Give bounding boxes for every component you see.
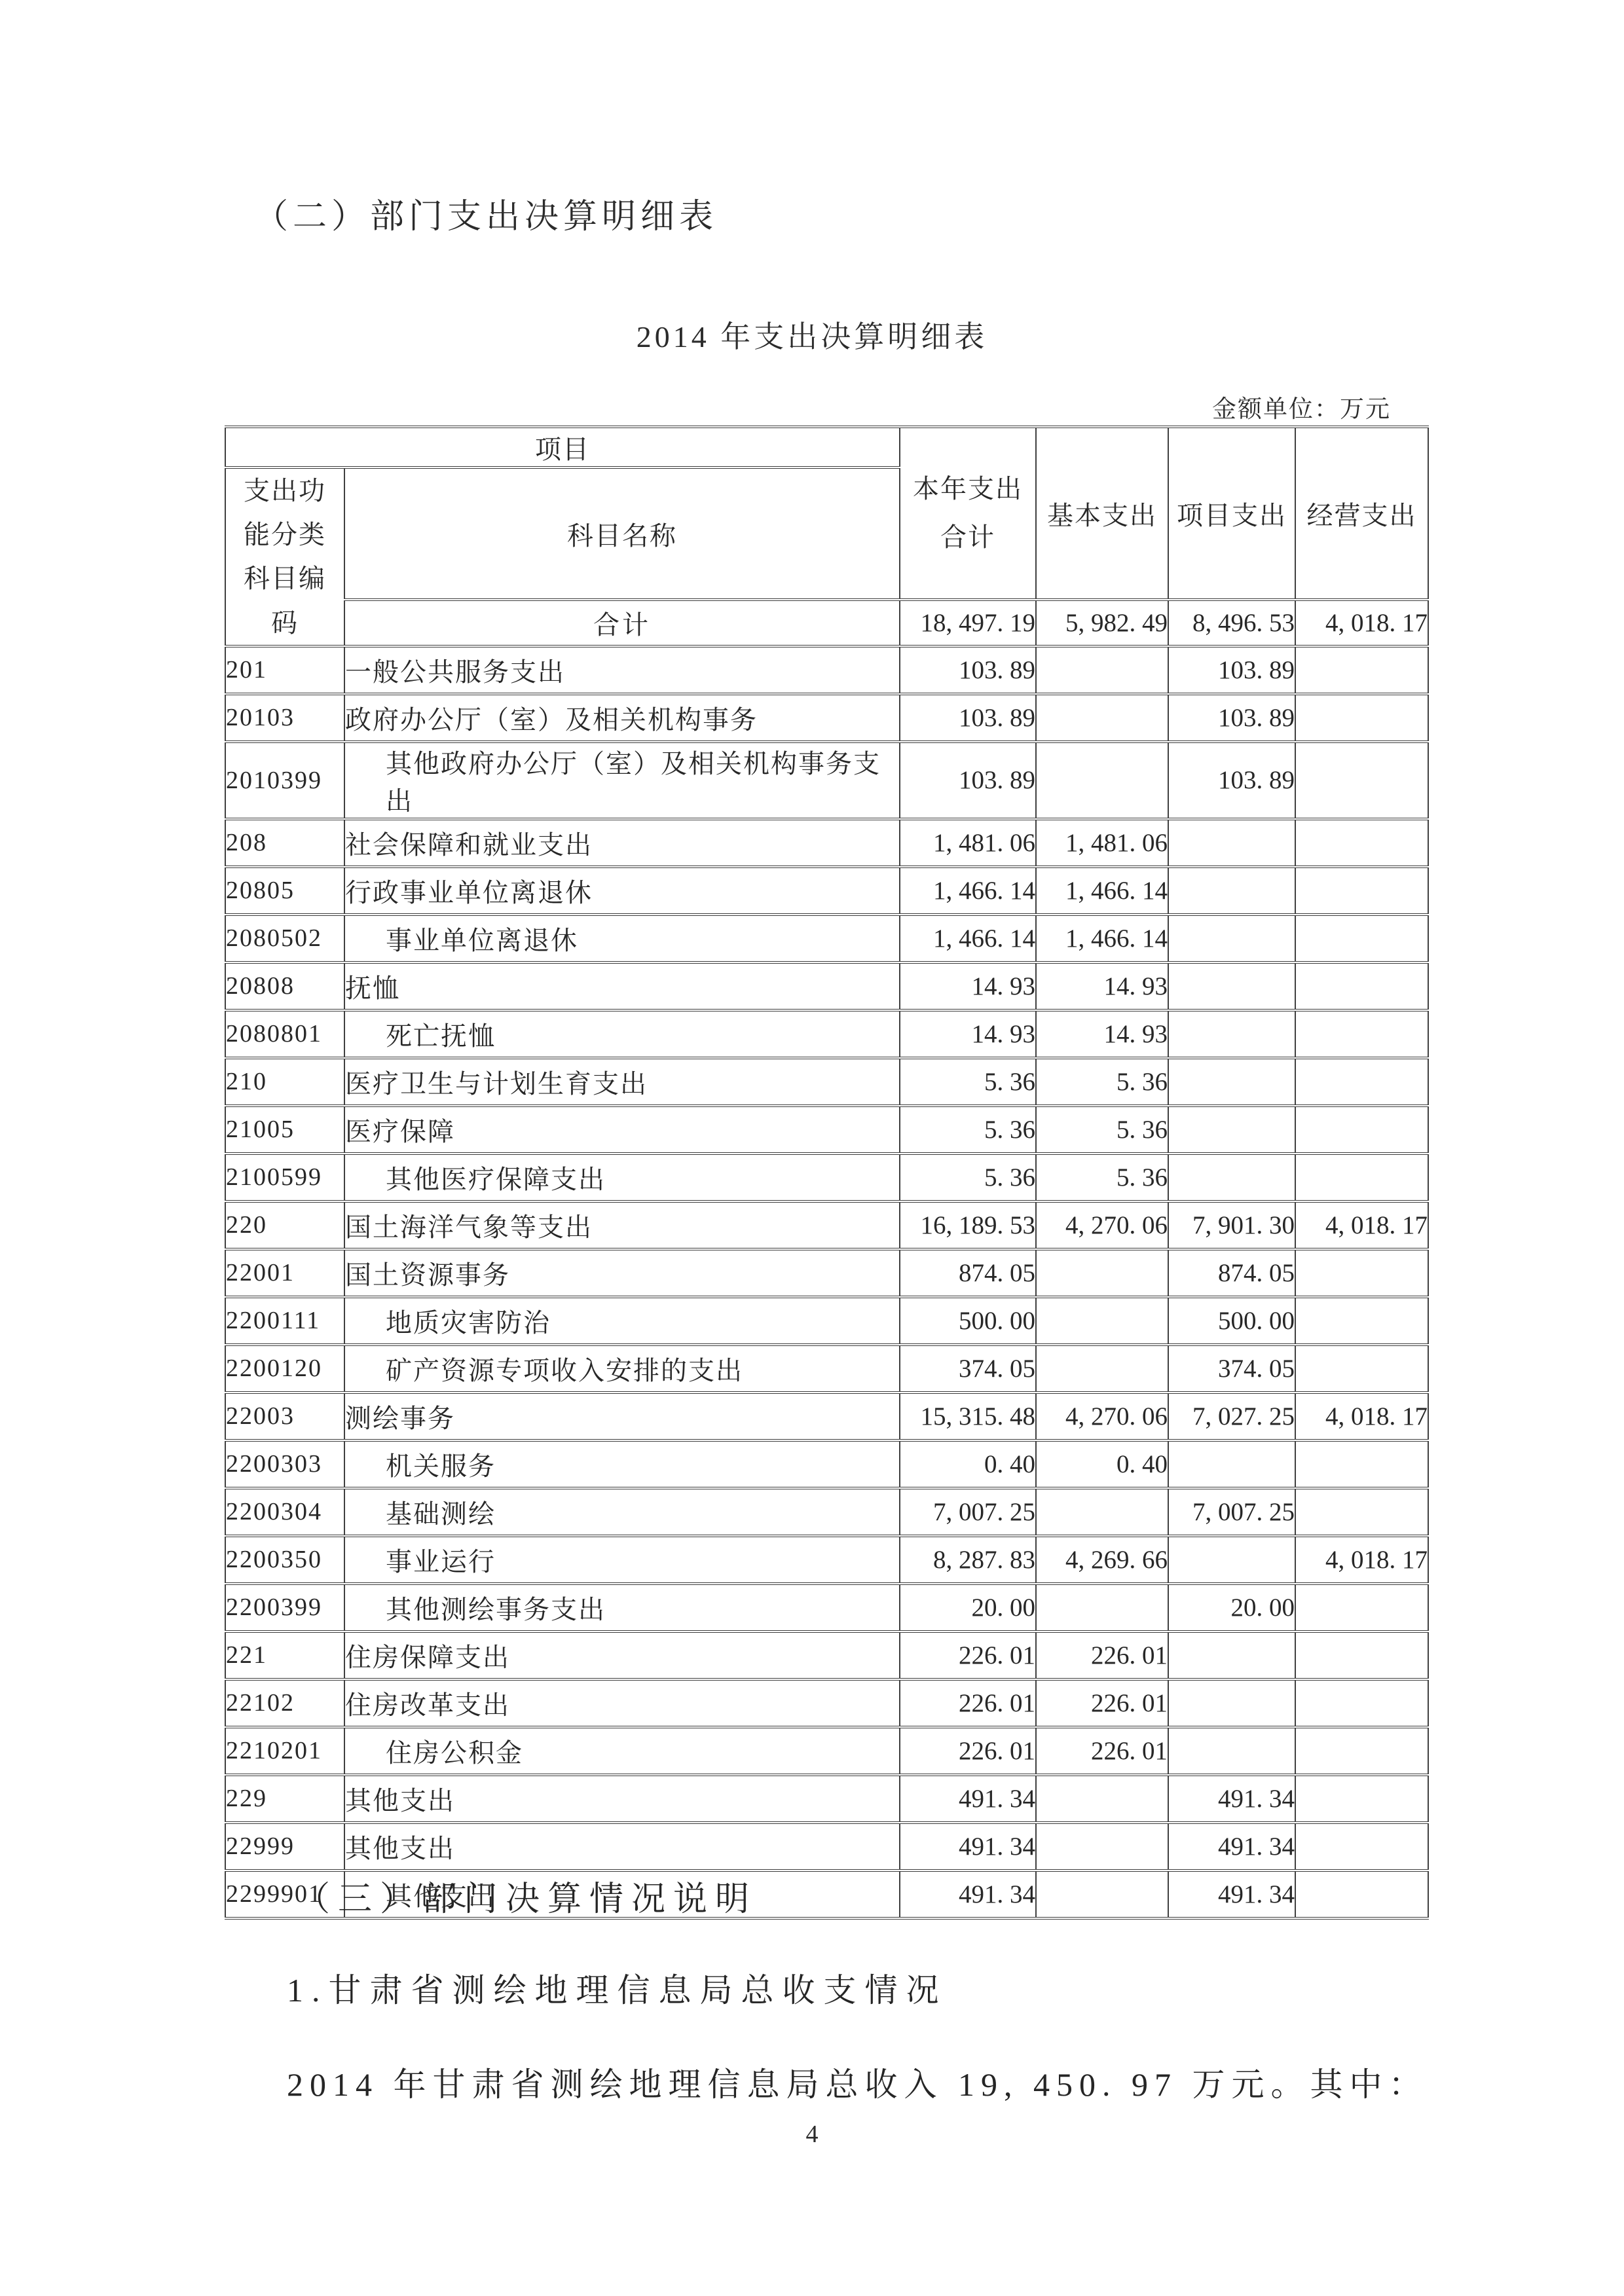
row-basic [1036, 694, 1168, 742]
row-code: 2200303 [225, 1440, 344, 1488]
row-subject-name: 住房改革支出 [344, 1679, 900, 1727]
table-row: 21005医疗保障5. 365. 36 [225, 1106, 1428, 1154]
row-basic [1036, 1249, 1168, 1297]
row-project [1168, 1440, 1295, 1488]
row-basic [1036, 1345, 1168, 1393]
row-year-total: 874. 05 [900, 1249, 1036, 1297]
row-year-total: 226. 01 [900, 1679, 1036, 1727]
section-3-heading: （三）部门决算情况说明 [296, 1871, 757, 1920]
header-row-project: 项目 本年支出 合计 基本支出 项目支出 经营支出 [225, 427, 1428, 467]
row-operating [1295, 1679, 1428, 1727]
row-operating [1295, 1249, 1428, 1297]
row-year-total: 1, 481. 06 [900, 819, 1036, 867]
row-operating [1295, 742, 1428, 819]
row-operating [1295, 1345, 1428, 1393]
row-basic: 14. 93 [1036, 962, 1168, 1010]
row-operating [1295, 1058, 1428, 1106]
row-code: 2200399 [225, 1584, 344, 1631]
row-operating [1295, 962, 1428, 1010]
row-subject-name: 其他支出 [344, 1775, 900, 1823]
row-basic [1036, 646, 1168, 694]
row-subject-name: 测绘事务 [344, 1393, 900, 1440]
table-header: 项目 本年支出 合计 基本支出 项目支出 经营支出 支出功 能分类 科目编 码 … [225, 427, 1428, 646]
row-code: 22003 [225, 1393, 344, 1440]
row-subject-name: 一般公共服务支出 [344, 646, 900, 694]
row-year-total: 1, 466. 14 [900, 915, 1036, 962]
row-project [1168, 819, 1295, 867]
table-row: 2100599其他医疗保障支出5. 365. 36 [225, 1154, 1428, 1201]
row-project: 491. 34 [1168, 1823, 1295, 1870]
row-year-total: 491. 34 [900, 1823, 1036, 1870]
table-row: 2200303机关服务0. 400. 40 [225, 1440, 1428, 1488]
row-subject-name: 住房公积金 [344, 1727, 900, 1775]
row-year-total: 491. 34 [900, 1775, 1036, 1823]
row-basic [1036, 742, 1168, 819]
row-year-total: 7, 007. 25 [900, 1488, 1036, 1536]
table-row: 20805行政事业单位离退休1, 466. 141, 466. 14 [225, 867, 1428, 915]
row-code: 2080801 [225, 1010, 344, 1058]
project-expense-header: 项目支出 [1168, 427, 1295, 600]
row-operating [1295, 1584, 1428, 1631]
table-title: 2014 年支出决算明细表 [0, 313, 1624, 356]
row-code: 2200350 [225, 1536, 344, 1584]
row-basic: 5. 36 [1036, 1154, 1168, 1201]
row-project [1168, 1106, 1295, 1154]
table-row: 2010399其他政府办公厅（室）及相关机构事务支出103. 89103. 89 [225, 742, 1428, 819]
row-code: 2200120 [225, 1345, 344, 1393]
row-year-total: 491. 34 [900, 1870, 1036, 1918]
row-basic: 4, 270. 06 [1036, 1393, 1168, 1440]
row-operating [1295, 1727, 1428, 1775]
row-basic [1036, 1297, 1168, 1345]
row-project [1168, 1536, 1295, 1584]
row-year-total: 1, 466. 14 [900, 867, 1036, 915]
row-operating [1295, 646, 1428, 694]
project-header: 项目 [225, 427, 900, 467]
row-code: 220 [225, 1201, 344, 1249]
row-operating [1295, 1870, 1428, 1918]
row-subject-name: 机关服务 [344, 1440, 900, 1488]
subject-name-header: 科目名称 [344, 467, 900, 600]
row-project: 103. 89 [1168, 742, 1295, 819]
row-year-total: 500. 00 [900, 1297, 1036, 1345]
table-row: 229其他支出491. 34491. 34 [225, 1775, 1428, 1823]
row-operating [1295, 1154, 1428, 1201]
row-code: 20805 [225, 867, 344, 915]
row-project: 7, 007. 25 [1168, 1488, 1295, 1536]
row-project [1168, 915, 1295, 962]
row-basic: 226. 01 [1036, 1631, 1168, 1679]
total-operating: 4, 018. 17 [1295, 600, 1428, 646]
row-code: 2010399 [225, 742, 344, 819]
row-year-total: 226. 01 [900, 1631, 1036, 1679]
row-year-total: 20. 00 [900, 1584, 1036, 1631]
row-year-total: 8, 287. 83 [900, 1536, 1036, 1584]
row-operating [1295, 1297, 1428, 1345]
row-operating [1295, 1440, 1428, 1488]
row-year-total: 15, 315. 48 [900, 1393, 1036, 1440]
row-year-total: 103. 89 [900, 742, 1036, 819]
row-basic: 1, 466. 14 [1036, 867, 1168, 915]
row-project [1168, 1058, 1295, 1106]
row-subject-name: 事业运行 [344, 1536, 900, 1584]
table-row: 22003测绘事务15, 315. 484, 270. 067, 027. 25… [225, 1393, 1428, 1440]
row-operating: 4, 018. 17 [1295, 1393, 1428, 1440]
row-subject-name: 地质灾害防治 [344, 1297, 900, 1345]
row-project [1168, 1679, 1295, 1727]
row-project [1168, 867, 1295, 915]
row-code: 21005 [225, 1106, 344, 1154]
row-operating [1295, 1823, 1428, 1870]
row-operating [1295, 915, 1428, 962]
row-subject-name: 社会保障和就业支出 [344, 819, 900, 867]
row-year-total: 226. 01 [900, 1727, 1036, 1775]
row-subject-name: 国土海洋气象等支出 [344, 1201, 900, 1249]
row-code: 201 [225, 646, 344, 694]
scanned-document-page: { "page": { "section2_heading": "（二）部门支出… [0, 0, 1624, 2296]
row-subject-name: 政府办公厅（室）及相关机构事务 [344, 694, 900, 742]
row-basic: 0. 40 [1036, 1440, 1168, 1488]
row-subject-name: 其他医疗保障支出 [344, 1154, 900, 1201]
row-project: 374. 05 [1168, 1345, 1295, 1393]
row-operating [1295, 867, 1428, 915]
row-basic [1036, 1870, 1168, 1918]
row-year-total: 5. 36 [900, 1154, 1036, 1201]
table-row: 2200111地质灾害防治500. 00500. 00 [225, 1297, 1428, 1345]
row-subject-name: 行政事业单位离退休 [344, 867, 900, 915]
row-basic: 4, 269. 66 [1036, 1536, 1168, 1584]
row-project: 491. 34 [1168, 1775, 1295, 1823]
row-project: 20. 00 [1168, 1584, 1295, 1631]
row-basic: 1, 481. 06 [1036, 819, 1168, 867]
total-project: 8, 496. 53 [1168, 600, 1295, 646]
table-row: 210医疗卫生与计划生育支出5. 365. 36 [225, 1058, 1428, 1106]
row-operating: 4, 018. 17 [1295, 1201, 1428, 1249]
row-project [1168, 1727, 1295, 1775]
row-basic: 226. 01 [1036, 1727, 1168, 1775]
year-total-header: 本年支出 合计 [900, 427, 1036, 600]
table-row: 208社会保障和就业支出1, 481. 061, 481. 06 [225, 819, 1428, 867]
row-subject-name: 死亡抚恤 [344, 1010, 900, 1058]
row-code: 208 [225, 819, 344, 867]
row-year-total: 0. 40 [900, 1440, 1036, 1488]
row-basic: 4, 270. 06 [1036, 1201, 1168, 1249]
paragraph-item-1: 1.甘肃省测绘地理信息局总收支情况 [287, 1964, 948, 2011]
section-2-heading: （二）部门支出决算明细表 [254, 189, 718, 238]
row-code: 20103 [225, 694, 344, 742]
row-basic: 5. 36 [1036, 1058, 1168, 1106]
row-subject-name: 矿产资源专项收入安排的支出 [344, 1345, 900, 1393]
table-row: 22102住房改革支出226. 01226. 01 [225, 1679, 1428, 1727]
row-operating [1295, 1106, 1428, 1154]
row-code: 221 [225, 1631, 344, 1679]
row-project: 874. 05 [1168, 1249, 1295, 1297]
paragraph-total-revenue: 2014 年甘肃省测绘地理信息局总收入 19, 450. 97 万元。其中： [287, 2058, 1428, 2105]
row-code: 2210201 [225, 1727, 344, 1775]
table-row: 22001国土资源事务874. 05874. 05 [225, 1249, 1428, 1297]
row-project [1168, 962, 1295, 1010]
table-row: 221住房保障支出226. 01226. 01 [225, 1631, 1428, 1679]
row-project [1168, 1010, 1295, 1058]
table-row: 2200120矿产资源专项收入安排的支出374. 05374. 05 [225, 1345, 1428, 1393]
row-year-total: 14. 93 [900, 1010, 1036, 1058]
row-operating [1295, 694, 1428, 742]
row-basic [1036, 1775, 1168, 1823]
table-row: 2200399其他测绘事务支出20. 0020. 00 [225, 1584, 1428, 1631]
row-code: 2080502 [225, 915, 344, 962]
row-project [1168, 1631, 1295, 1679]
row-project: 103. 89 [1168, 646, 1295, 694]
row-subject-name: 抚恤 [344, 962, 900, 1010]
row-code: 2100599 [225, 1154, 344, 1201]
row-subject-name: 其他测绘事务支出 [344, 1584, 900, 1631]
function-code-header: 支出功 能分类 科目编 码 [225, 467, 344, 646]
table-row: 2200304基础测绘7, 007. 257, 007. 25 [225, 1488, 1428, 1536]
row-subject-name: 基础测绘 [344, 1488, 900, 1536]
row-basic: 14. 93 [1036, 1010, 1168, 1058]
row-code: 22102 [225, 1679, 344, 1727]
row-basic: 5. 36 [1036, 1106, 1168, 1154]
total-year-total: 18, 497. 19 [900, 600, 1036, 646]
row-year-total: 5. 36 [900, 1106, 1036, 1154]
total-basic: 5, 982. 49 [1036, 600, 1168, 646]
table-body: 201一般公共服务支出103. 89103. 8920103政府办公厅（室）及相… [225, 646, 1428, 1918]
row-year-total: 103. 89 [900, 646, 1036, 694]
row-project [1168, 1154, 1295, 1201]
total-row: 合计 18, 497. 19 5, 982. 49 8, 496. 53 4, … [225, 600, 1428, 646]
table-row: 2200350事业运行8, 287. 834, 269. 664, 018. 1… [225, 1536, 1428, 1584]
table-row: 2080801死亡抚恤14. 9314. 93 [225, 1010, 1428, 1058]
row-basic [1036, 1823, 1168, 1870]
table-row: 2210201住房公积金226. 01226. 01 [225, 1727, 1428, 1775]
row-subject-name: 国土资源事务 [344, 1249, 900, 1297]
table-row: 220国土海洋气象等支出16, 189. 534, 270. 067, 901.… [225, 1201, 1428, 1249]
row-subject-name: 住房保障支出 [344, 1631, 900, 1679]
row-basic [1036, 1488, 1168, 1536]
operating-expense-header: 经营支出 [1295, 427, 1428, 600]
unit-note: 金额单位：万元 [1212, 389, 1391, 424]
row-project: 103. 89 [1168, 694, 1295, 742]
table-row: 20103政府办公厅（室）及相关机构事务103. 89103. 89 [225, 694, 1428, 742]
row-subject-name: 医疗保障 [344, 1106, 900, 1154]
row-project: 7, 901. 30 [1168, 1201, 1295, 1249]
basic-expense-header: 基本支出 [1036, 427, 1168, 600]
row-year-total: 16, 189. 53 [900, 1201, 1036, 1249]
row-code: 20808 [225, 962, 344, 1010]
row-code: 210 [225, 1058, 344, 1106]
row-operating [1295, 1010, 1428, 1058]
row-project: 500. 00 [1168, 1297, 1295, 1345]
row-code: 229 [225, 1775, 344, 1823]
row-operating: 4, 018. 17 [1295, 1536, 1428, 1584]
row-subject-name: 事业单位离退休 [344, 915, 900, 962]
row-code: 22999 [225, 1823, 344, 1870]
row-operating [1295, 1775, 1428, 1823]
row-operating [1295, 1488, 1428, 1536]
row-subject-name: 其他支出 [344, 1823, 900, 1870]
row-code: 22001 [225, 1249, 344, 1297]
table-row: 20808抚恤14. 9314. 93 [225, 962, 1428, 1010]
row-year-total: 5. 36 [900, 1058, 1036, 1106]
row-code: 2200304 [225, 1488, 344, 1536]
row-year-total: 103. 89 [900, 694, 1036, 742]
row-year-total: 374. 05 [900, 1345, 1036, 1393]
row-basic: 1, 466. 14 [1036, 915, 1168, 962]
row-subject-name: 医疗卫生与计划生育支出 [344, 1058, 900, 1106]
row-code: 2200111 [225, 1297, 344, 1345]
row-year-total: 14. 93 [900, 962, 1036, 1010]
row-basic: 226. 01 [1036, 1679, 1168, 1727]
row-operating [1295, 1631, 1428, 1679]
table-row: 2080502事业单位离退休1, 466. 141, 466. 14 [225, 915, 1428, 962]
row-operating [1295, 819, 1428, 867]
table-row: 201一般公共服务支出103. 89103. 89 [225, 646, 1428, 694]
expenditure-table: 项目 本年支出 合计 基本支出 项目支出 经营支出 支出功 能分类 科目编 码 … [225, 426, 1429, 1920]
row-basic [1036, 1584, 1168, 1631]
row-subject-name: 其他政府办公厅（室）及相关机构事务支出 [344, 742, 900, 819]
row-project: 7, 027. 25 [1168, 1393, 1295, 1440]
table-row: 22999其他支出491. 34491. 34 [225, 1823, 1428, 1870]
row-project: 491. 34 [1168, 1870, 1295, 1918]
page-number: 4 [0, 2120, 1624, 2149]
total-row-label: 合计 [344, 600, 900, 646]
